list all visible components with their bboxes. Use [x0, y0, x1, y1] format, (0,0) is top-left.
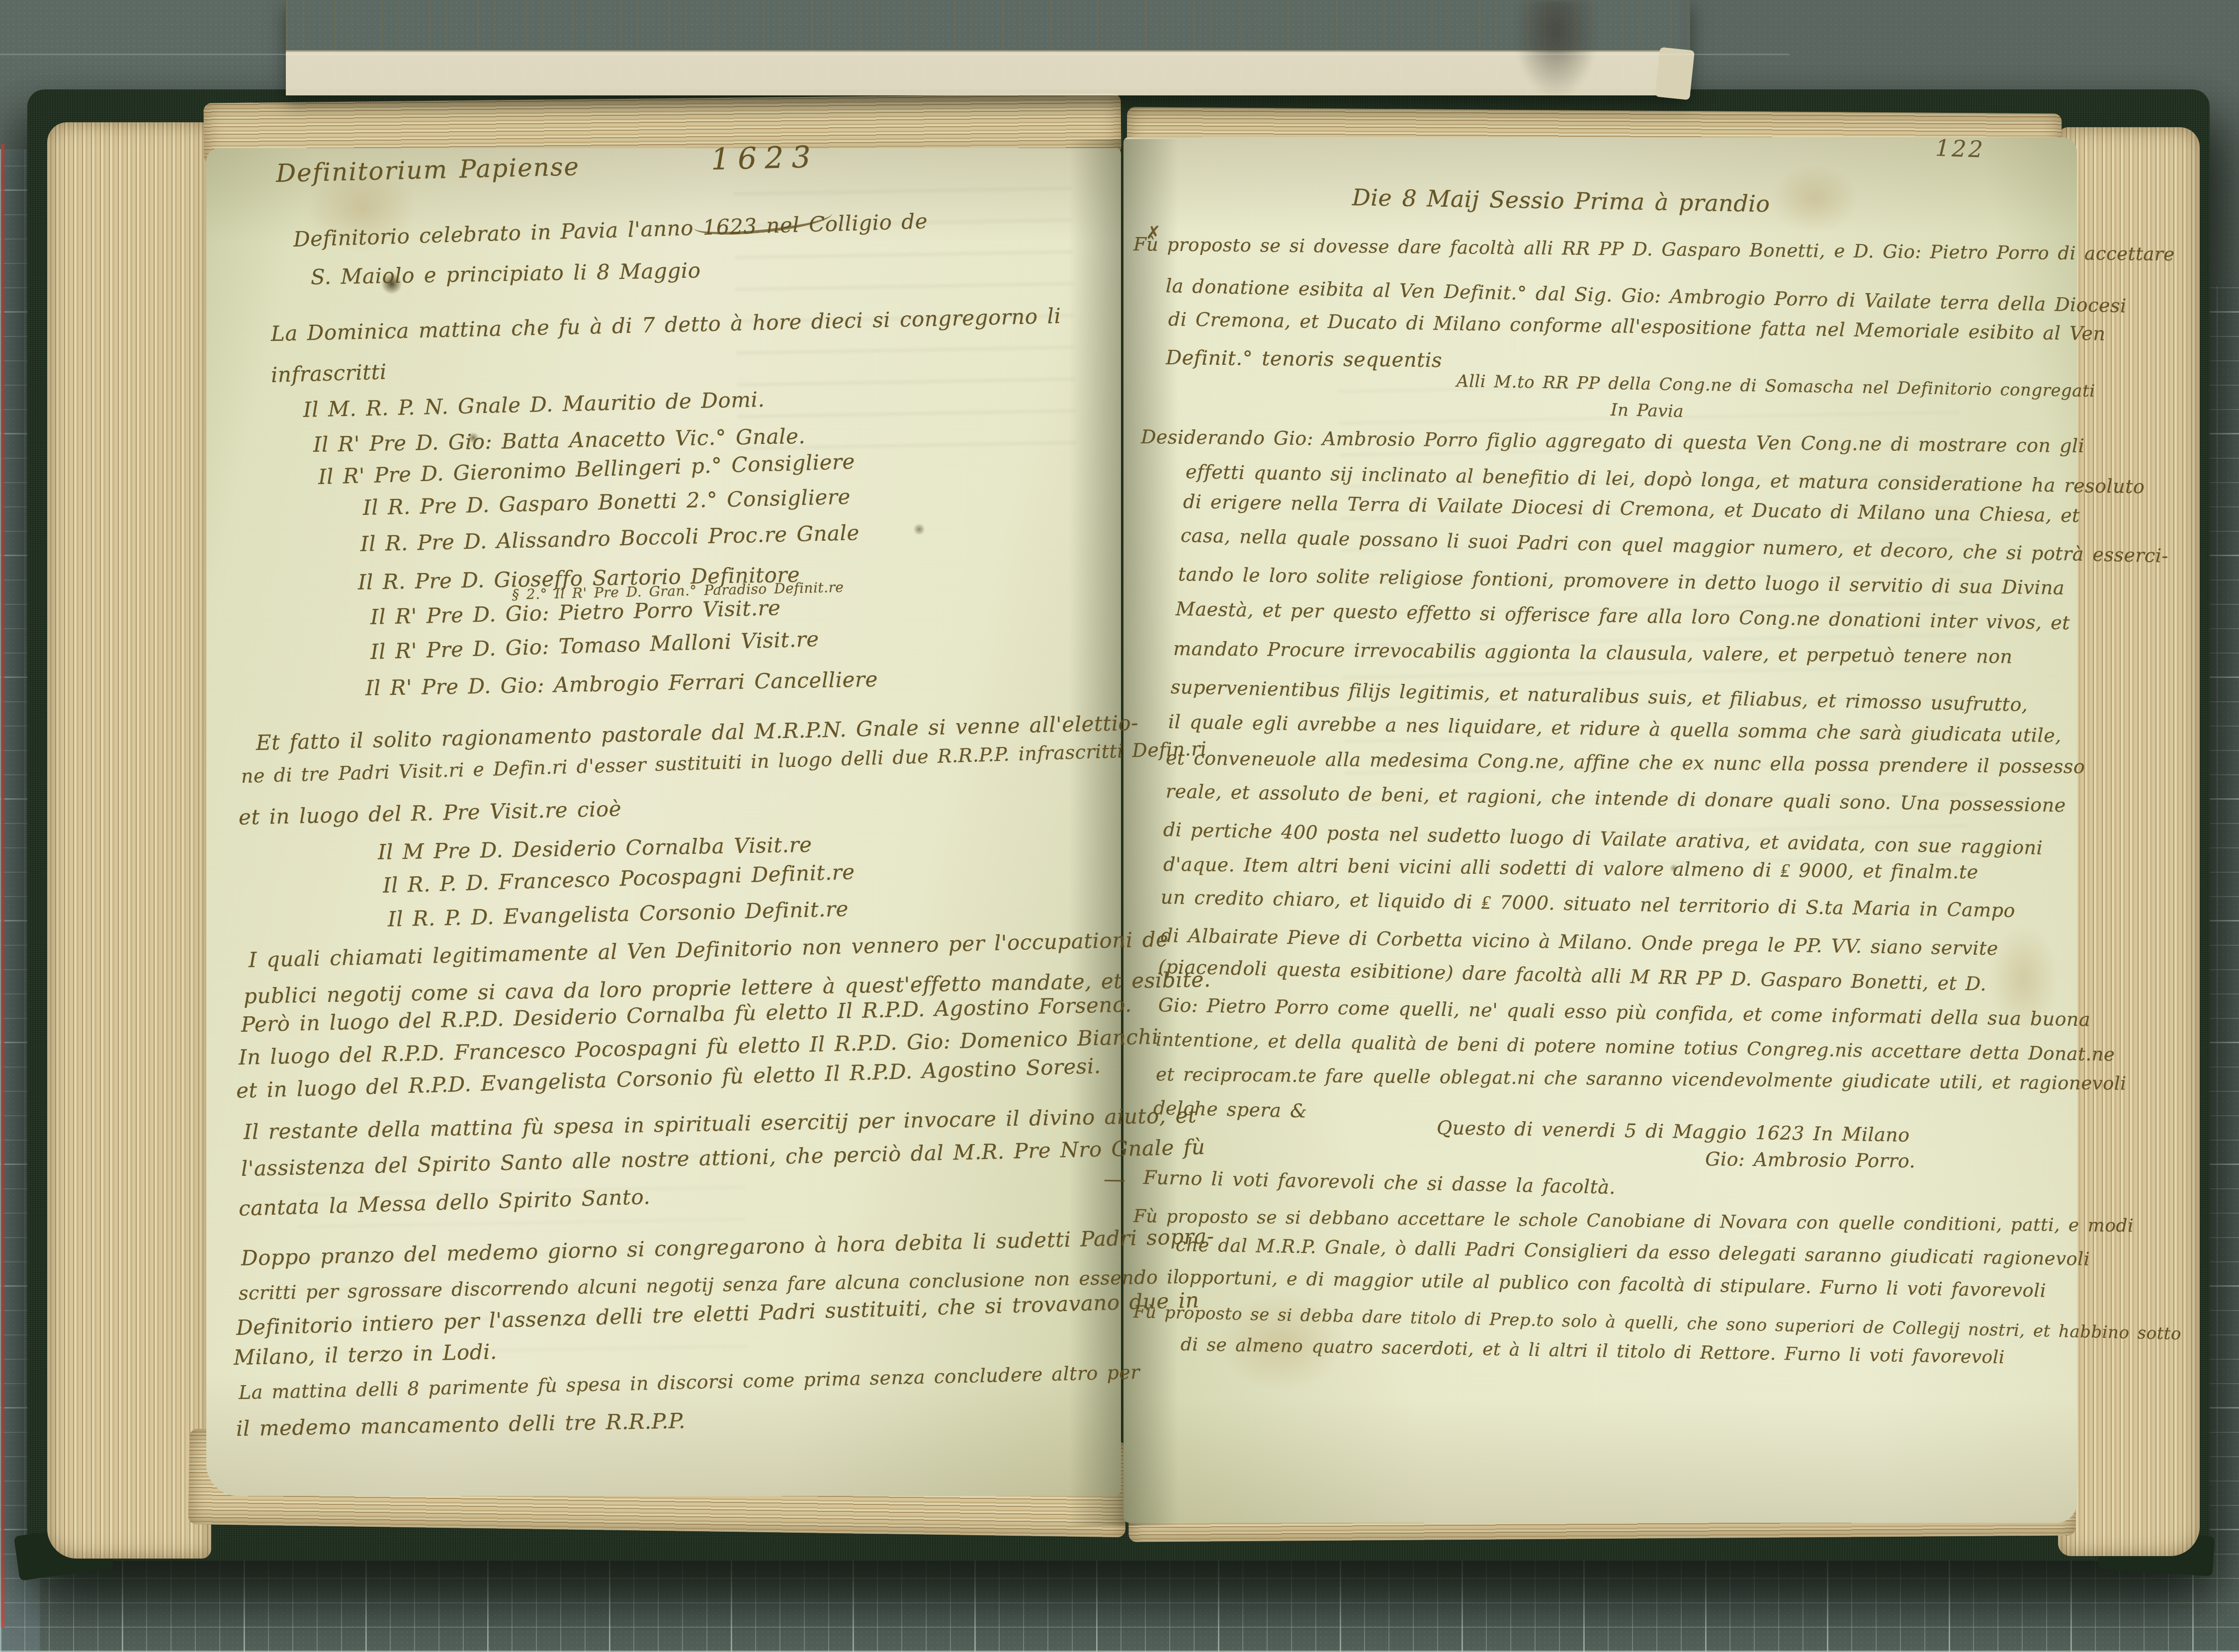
manuscript-line: Il R' Pre D. Gio: Pietro Porro Visit.re	[370, 595, 780, 629]
manuscript-line: Die 8 Maij Sessio Prima à prandio	[1352, 184, 1770, 217]
manuscript-line: di Albairate Pieve di Corbetta vicino à …	[1161, 924, 1998, 959]
manuscript-line: Il R' Pre D. Gio: Tomaso Malloni Visit.r…	[370, 627, 819, 664]
manuscript-line: Gio: Ambrosio Porro.	[1705, 1148, 1916, 1172]
manuscript-line: Gio: Pietro Porro come quelli, ne' quali…	[1158, 994, 2091, 1030]
manuscript-line: di pertiche 400 posta nel sudetto luogo …	[1163, 819, 2043, 859]
page-stack-left-fore-edge	[47, 122, 211, 1559]
manuscript-line: Il R. P. D. Francesco Pocospagni Definit…	[382, 860, 855, 898]
manuscript-line: Definitorio celebrato in Pavia l'anno 16…	[293, 209, 928, 251]
manuscript-line: Alli M.to RR PP della Cong.ne di Somasch…	[1457, 371, 2095, 401]
glass-plate-edge	[0, 54, 1790, 55]
masking-tape-strip	[286, 50, 1690, 95]
manuscript-line: intentione, et della qualità de beni di …	[1156, 1029, 2115, 1065]
manuscript-line: La Dominica mattina che fu à di 7 detto …	[270, 304, 1061, 346]
manuscript-line: Il R. P. D. Evangelista Corsonio Definit…	[387, 897, 849, 931]
manuscript-line: un credito chiaro, et liquido di ₤ 7000.…	[1161, 886, 2016, 922]
manuscript-line: Il R' Pre D. Gio: Ambrogio Ferrari Cance…	[365, 667, 878, 700]
manuscript-line: di Cremona, et Ducato di Milano conforme…	[1168, 308, 2106, 345]
manuscript-line: mandato Procure irrevocabilis aggionta l…	[1173, 638, 2013, 667]
manuscript-line: Definitorium Papiense	[275, 152, 580, 188]
manuscript-line: I quali chiamati legitimamente al Ven De…	[248, 927, 1168, 972]
manuscript-line: opportuni, e di maggior utile al publico…	[1178, 1266, 2047, 1301]
manuscript-line: et in luogo del R. Pre Visit.re cioè	[238, 797, 621, 829]
left-page-text: Definitorium Papiense1623Definitorio cel…	[214, 149, 1114, 1516]
manuscript-line: Desiderando Gio: Ambrosio Porro figlio a…	[1141, 426, 2085, 457]
manuscript-line: (piacendoli questa esibitione) dare faco…	[1158, 956, 1987, 995]
manuscript-line: Doppo pranzo del medemo giorno si congre…	[241, 1224, 1214, 1270]
manuscript-line: che dal M.R.P. Gnale, ò dalli Padri Cons…	[1176, 1234, 2090, 1270]
manuscript-line: La mattina delli 8 parimente fù spesa in…	[239, 1361, 1140, 1404]
manuscript-line: Furno li voti favorevoli che si dasse la…	[1143, 1166, 1616, 1198]
manuscript-line: reale, et assoluto de beni, et ragioni, …	[1166, 780, 2066, 816]
manuscript-line: Fù proposto se si dovesse dare facoltà a…	[1133, 234, 2175, 265]
manuscript-line: di erigere nella Terra di Vailate Dioces…	[1183, 491, 2080, 526]
right-page-text: Die 8 Maij Sessio Prima à prandio✗Fù pro…	[1138, 149, 2073, 1521]
manuscript-line: Maestà, et per questo effetto si offeris…	[1176, 598, 2070, 634]
manuscript-line: 1623	[710, 140, 819, 177]
manuscript-line: Il R. Pre D. Gasparo Bonetti 2.° Consigl…	[362, 485, 851, 520]
manuscript-line: Questo di venerdi 5 di Maggio 1623 In Mi…	[1437, 1117, 1910, 1146]
manuscript-line: delche spera &	[1153, 1097, 1307, 1122]
manuscript-line: In Pavia	[1611, 400, 1684, 421]
manuscript-line: S. Maiolo e principiato li 8 Maggio	[311, 258, 701, 289]
manuscript-line: Il M. R. P. N. Gnale D. Mauritio de Domi…	[303, 387, 765, 422]
manuscript-line: cantata la Messa dello Spirito Santo.	[238, 1184, 651, 1221]
manuscript-line: Il R. Pre D. Alissandro Boccoli Proc.re …	[360, 520, 860, 556]
manuscript-line: infrascritti	[270, 359, 387, 387]
manuscript-line: il medemo mancamento delli tre R.R.P.P.	[236, 1408, 686, 1441]
manuscript-line: et reciprocam.te fare quelle oblegat.ni …	[1156, 1064, 2127, 1094]
manuscript-line: Milano, il terzo in Lodi.	[233, 1339, 497, 1370]
manuscript-line: Fù proposto se si debbano accettare le s…	[1133, 1206, 2134, 1236]
manuscript-line: di se almeno quatro sacerdoti, et à li a…	[1181, 1334, 2005, 1368]
manuscript-line: tando le loro solite religiose fontioni,…	[1178, 563, 2065, 599]
manuscript-line: —	[1104, 1166, 1126, 1192]
red-guide-line	[1, 144, 4, 1628]
manuscript-photo-scene: Definitorium Papiense1623Definitorio cel…	[0, 0, 2239, 1652]
manuscript-line: d'aque. Item altri beni vicini alli sode…	[1163, 853, 1979, 884]
manuscript-line: casa, nella quale possano li suoi Padri …	[1181, 524, 2169, 567]
manuscript-line: il quale egli avrebbe a nes liquidare, e…	[1168, 711, 2062, 746]
manuscript-line: supervenientibus filijs legitimis, et na…	[1171, 676, 2028, 716]
wooden-press-plank	[286, 0, 1690, 95]
manuscript-line: Definit.° tenoris sequentis	[1166, 346, 1442, 372]
manuscript-line: effetti quanto sij inclinato al benefiti…	[1186, 461, 2145, 497]
wood-smudge	[1514, 0, 1598, 99]
manuscript-line: et conveneuole alla medesima Cong.ne, af…	[1166, 747, 2085, 778]
manuscript-line: Il M Pre D. Desiderio Cornalba Visit.re	[378, 832, 812, 864]
manuscript-line: Il R' Pre D. Gio: Batta Anacetto Vic.° G…	[313, 424, 806, 457]
folio-number: 122	[1935, 134, 1985, 163]
